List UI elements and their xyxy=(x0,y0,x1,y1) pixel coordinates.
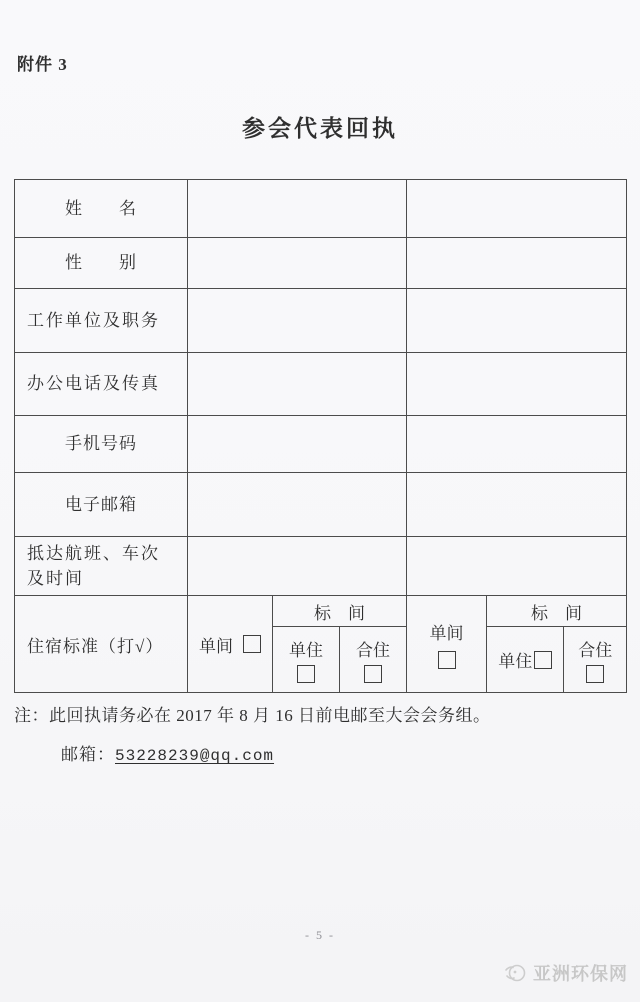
single-room-checkbox-1[interactable] xyxy=(243,635,261,653)
contact-email-line: 邮箱：53228239@qq.com xyxy=(61,740,274,765)
single-occupancy-label-1: 单住 xyxy=(289,636,323,661)
workunit-input-cell-1[interactable] xyxy=(187,289,406,352)
shared-occupancy-option-1: 合住 xyxy=(339,627,406,692)
office-phone-input-cell-1[interactable] xyxy=(187,353,406,415)
gender-input-cell-1[interactable] xyxy=(187,238,406,288)
arrival-input-cell-1[interactable] xyxy=(187,537,406,595)
shared-occupancy-label-1: 合住 xyxy=(356,636,390,661)
single-occupancy-label-2: 单住 xyxy=(498,647,532,672)
page-title: 参会代表回执 xyxy=(0,110,640,143)
single-room-checkbox-2[interactable] xyxy=(438,651,456,669)
email-row-label: 电子邮箱 xyxy=(15,473,187,536)
table-row-email: 电子邮箱 xyxy=(15,472,626,536)
single-occupancy-checkbox-1[interactable] xyxy=(297,665,315,683)
accommodation-row-label: 住宿标准（打√） xyxy=(15,596,187,692)
standard-room-header-2: 标 间 xyxy=(487,596,626,627)
shared-occupancy-option-2: 合住 xyxy=(563,627,626,692)
office-phone-row-label: 办公电话及传真 xyxy=(15,353,187,415)
single-room-label-2: 单间 xyxy=(430,619,464,644)
mobile-input-cell-1[interactable] xyxy=(187,416,406,472)
shared-occupancy-checkbox-2[interactable] xyxy=(586,665,604,683)
table-row-gender: 性 别 xyxy=(15,237,626,288)
single-occupancy-option-2: 单住 xyxy=(487,627,563,692)
table-row-office-phone: 办公电话及传真 xyxy=(15,352,626,415)
attachment-label: 附件 3 xyxy=(17,50,68,75)
contact-email-address[interactable]: 53228239@qq.com xyxy=(115,747,274,765)
table-row-arrival: 抵达航班、车次及时间 xyxy=(15,536,626,595)
email-input-cell-2[interactable] xyxy=(406,473,626,536)
standard-room-header-1: 标 间 xyxy=(273,596,406,627)
gender-row-label: 性 别 xyxy=(15,238,187,288)
standard-room-group-2: 标 间 单住 合住 xyxy=(486,596,626,692)
email-label: 邮箱： xyxy=(61,745,115,764)
reply-form-table: 姓 名 性 别 工作单位及职务 办公电话及传真 手机号码 电子邮箱 xyxy=(14,179,627,693)
single-room-option-2: 单间 xyxy=(406,596,486,692)
table-row-accommodation: 住宿标准（打√） 单间 标 间 单住 合住 xyxy=(15,595,626,692)
watermark-text: 亚洲环保网 xyxy=(533,960,628,986)
standard-room-group-1: 标 间 单住 合住 xyxy=(272,596,406,692)
page-number: - 5 - xyxy=(0,928,640,943)
site-watermark: 亚洲环保网 xyxy=(504,960,628,986)
mobile-input-cell-2[interactable] xyxy=(406,416,626,472)
table-row-workunit: 工作单位及职务 xyxy=(15,288,626,352)
single-room-option-1: 单间 xyxy=(187,596,272,692)
table-row-name: 姓 名 xyxy=(15,180,626,237)
name-input-cell-2[interactable] xyxy=(406,180,626,237)
single-occupancy-option-1: 单住 xyxy=(273,627,339,692)
arrival-row-label: 抵达航班、车次及时间 xyxy=(15,537,187,595)
office-phone-input-cell-2[interactable] xyxy=(406,353,626,415)
gender-input-cell-2[interactable] xyxy=(406,238,626,288)
workunit-row-label: 工作单位及职务 xyxy=(15,289,187,352)
scanned-document-page: 附件 3 参会代表回执 姓 名 性 别 工作单位及职务 办公电话及传真 手机号码 xyxy=(0,0,640,1002)
mobile-row-label: 手机号码 xyxy=(15,416,187,472)
shared-occupancy-checkbox-1[interactable] xyxy=(364,665,382,683)
single-occupancy-checkbox-2[interactable] xyxy=(534,651,552,669)
name-input-cell-1[interactable] xyxy=(187,180,406,237)
name-row-label: 姓 名 xyxy=(15,180,187,237)
asia-env-logo-icon xyxy=(504,962,528,984)
shared-occupancy-label-2: 合住 xyxy=(578,636,612,661)
email-input-cell-1[interactable] xyxy=(187,473,406,536)
single-room-label-1: 单间 xyxy=(199,632,233,657)
deadline-note: 注：此回执请务必在 2017 年 8 月 16 日前电邮至大会会务组。 xyxy=(14,701,491,726)
table-row-mobile: 手机号码 xyxy=(15,415,626,472)
arrival-input-cell-2[interactable] xyxy=(406,537,626,595)
workunit-input-cell-2[interactable] xyxy=(406,289,626,352)
